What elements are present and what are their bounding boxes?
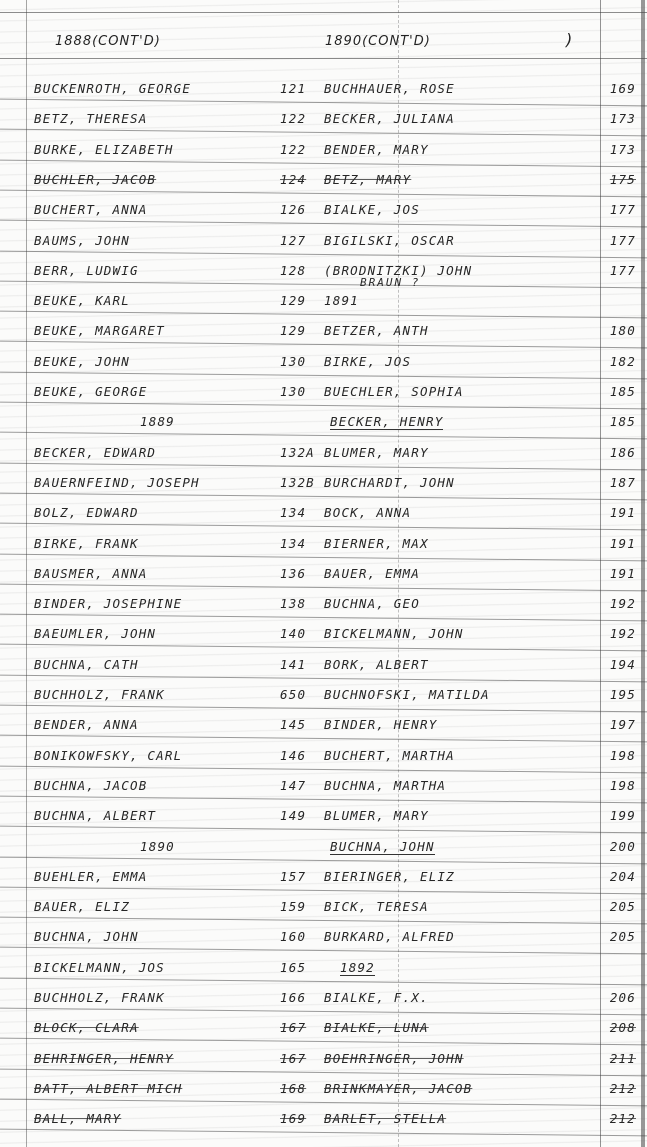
page-number: 182 <box>596 354 636 369</box>
ledger-row: BURKE, ELIZABETH122BENDER, MARY173 <box>0 136 647 166</box>
entry-name-left: BECKER, EDWARD <box>34 445 156 460</box>
page-number: 169 <box>596 81 636 96</box>
entry-name-right: BLUMER, MARY <box>324 808 429 823</box>
entry-name-left: BICKELMANN, JOS <box>34 960 165 975</box>
page-number: 175 <box>596 172 636 187</box>
ruled-line <box>0 58 647 59</box>
ledger-row: BETZ, THERESA122BECKER, JULIANA173 <box>0 105 647 135</box>
entry-number: 140 <box>280 626 306 641</box>
entry-name-left: BINDER, JOSEPHINE <box>34 596 182 611</box>
entry-number: 128 <box>280 263 306 278</box>
entry-number: 167 <box>280 1020 306 1035</box>
entry-name-right: BIALKE, JOS <box>324 202 420 217</box>
page-number: 198 <box>596 748 636 763</box>
ledger-page: 1888(CONT'D) 1890(CONT'D) ) BUCKENROTH, … <box>0 0 647 1147</box>
ledger-row: BENDER, ANNA145BINDER, HENRY197 <box>0 711 647 741</box>
entry-name-right: BRINKMAYER, JACOB <box>324 1081 472 1096</box>
ledger-row: BAUERNFEIND, JOSEPH132BBURCHARDT, JOHN18… <box>0 469 647 499</box>
entry-name-right: BIERNER, MAX <box>324 536 429 551</box>
entry-number: 129 <box>280 293 306 308</box>
year-marker: 1892 <box>340 960 375 976</box>
ledger-row: BAUSMER, ANNA136BAUER, EMMA191 <box>0 560 647 590</box>
entry-number: 146 <box>280 748 306 763</box>
entry-number: 122 <box>280 111 306 126</box>
ledger-row: BUEHLER, EMMA157BIERINGER, ELIZ204 <box>0 863 647 893</box>
entry-number: 145 <box>280 717 306 732</box>
entry-name-left: BUCHHOLZ, FRANK <box>34 687 165 702</box>
entry-name-left: BUCHNA, ALBERT <box>34 808 156 823</box>
year-marker: 1889 <box>140 414 175 429</box>
ledger-row: 1889BECKER, HENRY185 <box>0 408 647 438</box>
entry-number: 160 <box>280 929 306 944</box>
ledger-row: BEUKE, KARL1291891 <box>0 287 647 317</box>
entry-number: 126 <box>280 202 306 217</box>
entry-name-left: BEUKE, GEORGE <box>34 384 147 399</box>
entry-name-left: BAUMS, JOHN <box>34 233 130 248</box>
entry-name-left: BAUER, ELIZ <box>34 899 130 914</box>
entry-number: 165 <box>280 960 306 975</box>
entry-name-left: BAUSMER, ANNA <box>34 566 147 581</box>
entry-name-left: BOLZ, EDWARD <box>34 505 139 520</box>
ledger-row: BUCHLER, JACOB124BETZ, MARY175 <box>0 166 647 196</box>
ledger-row: BICKELMANN, JOS1651892 <box>0 954 647 984</box>
entry-name-right: BUCHNA, MARTHA <box>324 778 446 793</box>
entry-number: 127 <box>280 233 306 248</box>
page-number: 198 <box>596 778 636 793</box>
page-number: 195 <box>596 687 636 702</box>
ledger-row: BALL, MARY169BARLET, STELLA212 <box>0 1105 647 1135</box>
entry-number: 129 <box>280 323 306 338</box>
entry-name-right: BARLET, STELLA <box>324 1111 446 1126</box>
entry-name-left: BURKE, ELIZABETH <box>34 142 174 157</box>
page-number: 208 <box>596 1020 636 1035</box>
entry-name-left: BUCHLER, JACOB <box>34 172 156 187</box>
page-number: 180 <box>596 323 636 338</box>
entry-name-right: BECKER, JULIANA <box>324 111 455 126</box>
entry-name-left: BLOCK, CLARA <box>34 1020 139 1035</box>
right-header-mark: ) <box>566 30 573 49</box>
ruled-line <box>0 12 647 13</box>
left-column-header: 1888(CONT'D) <box>55 34 161 49</box>
entry-number: 130 <box>280 354 306 369</box>
ledger-row: BUCHNA, CATH141BORK, ALBERT194 <box>0 651 647 681</box>
page-number: 173 <box>596 111 636 126</box>
ledger-row: BOLZ, EDWARD134BOCK, ANNA191 <box>0 499 647 529</box>
entry-name-right: BIERINGER, ELIZ <box>324 869 455 884</box>
entry-name-left: BETZ, THERESA <box>34 111 147 126</box>
entry-number: 159 <box>280 899 306 914</box>
page-number: 206 <box>596 990 636 1005</box>
entry-name-left: BUEHLER, EMMA <box>34 869 147 884</box>
ledger-row: BATT, ALBERT MICH168BRINKMAYER, JACOB212 <box>0 1075 647 1105</box>
ledger-row: BAUER, ELIZ159BICK, TERESA205 <box>0 893 647 923</box>
entry-number: 134 <box>280 505 306 520</box>
entry-number: 122 <box>280 142 306 157</box>
page-number: 204 <box>596 869 636 884</box>
entry-name-right: BENDER, MARY <box>324 142 429 157</box>
ledger-row: BUCHNA, JOHN160BURKARD, ALFRED205 <box>0 923 647 953</box>
ledger-row: BEUKE, JOHN130BIRKE, JOS182 <box>0 348 647 378</box>
entry-name-right: BETZ, MARY <box>324 172 411 187</box>
page-number: 191 <box>596 505 636 520</box>
year-marker: 1890 <box>140 839 175 854</box>
page-number: 187 <box>596 475 636 490</box>
entry-name-right: BUCHNOFSKI, MATILDA <box>324 687 490 702</box>
entry-number: 157 <box>280 869 306 884</box>
page-number: 197 <box>596 717 636 732</box>
page-number: 177 <box>596 202 636 217</box>
page-number: 192 <box>596 626 636 641</box>
ledger-row: BERR, LUDWIG128(BRODNITZKI) JOHNBRAUN ?1… <box>0 257 647 287</box>
entry-name-left: BALL, MARY <box>34 1111 121 1126</box>
entry-name-left: BEUKE, MARGARET <box>34 323 165 338</box>
entry-number: 138 <box>280 596 306 611</box>
entry-name-left: BEUKE, KARL <box>34 293 130 308</box>
entry-number: 132A <box>280 445 315 460</box>
entry-name-right: BIALKE, LUNA <box>324 1020 429 1035</box>
ledger-row: BUCHNA, ALBERT149BLUMER, MARY199 <box>0 802 647 832</box>
page-number: 186 <box>596 445 636 460</box>
entry-number: 167 <box>280 1051 306 1066</box>
page-number: 194 <box>596 657 636 672</box>
page-number: 185 <box>596 414 636 429</box>
entry-name-left: BUCHNA, JACOB <box>34 778 147 793</box>
entry-number: 121 <box>280 81 306 96</box>
entry-name-right: BURKARD, ALFRED <box>324 929 455 944</box>
page-number: 185 <box>596 384 636 399</box>
ledger-row: BECKER, EDWARD132ABLUMER, MARY186 <box>0 439 647 469</box>
page-number: 212 <box>596 1081 636 1096</box>
entry-name-left: BUCKENROTH, GEORGE <box>34 81 191 96</box>
page-number: 192 <box>596 596 636 611</box>
entry-number: 149 <box>280 808 306 823</box>
page-number: 211 <box>596 1051 636 1066</box>
ledger-row: BUCKENROTH, GEORGE121BUCHHAUER, ROSE169 <box>0 75 647 105</box>
entry-number: 650 <box>280 687 306 702</box>
ledger-row: BIRKE, FRANK134BIERNER, MAX191 <box>0 530 647 560</box>
entry-name-right: BUCHNA, JOHN <box>330 839 435 855</box>
ledger-row: BLOCK, CLARA167BIALKE, LUNA208 <box>0 1014 647 1044</box>
entry-name-right: BUECHLER, SOPHIA <box>324 384 464 399</box>
page-number: 173 <box>596 142 636 157</box>
entry-name-right: BORK, ALBERT <box>324 657 429 672</box>
page-number: 212 <box>596 1111 636 1126</box>
entry-name-right: BECKER, HENRY <box>330 414 443 430</box>
ledger-row: 1890BUCHNA, JOHN200 <box>0 833 647 863</box>
page-number: 205 <box>596 929 636 944</box>
entry-number: 124 <box>280 172 306 187</box>
entry-name-right: BETZER, ANTH <box>324 323 429 338</box>
ledger-row: BUCHERT, ANNA126BIALKE, JOS177 <box>0 196 647 226</box>
ledger-row: BUCHNA, JACOB147BUCHNA, MARTHA198 <box>0 772 647 802</box>
entry-name-left: BAEUMLER, JOHN <box>34 626 156 641</box>
entry-number: 166 <box>280 990 306 1005</box>
entry-number: 168 <box>280 1081 306 1096</box>
entry-name-right: BICK, TERESA <box>324 899 429 914</box>
entry-name-right: BUCHERT, MARTHA <box>324 748 455 763</box>
entry-name-right: BIGILSKI, OSCAR <box>324 233 455 248</box>
entry-name-right: BOEHRINGER, JOHN <box>324 1051 464 1066</box>
page-number: 200 <box>596 839 636 854</box>
page-number: 191 <box>596 536 636 551</box>
ledger-row: BONIKOWFSKY, CARL146BUCHERT, MARTHA198 <box>0 742 647 772</box>
entry-name-right: BINDER, HENRY <box>324 717 437 732</box>
entry-name-left: BIRKE, FRANK <box>34 536 139 551</box>
entry-number: 130 <box>280 384 306 399</box>
entry-name-left: BONIKOWFSKY, CARL <box>34 748 182 763</box>
page-number: 205 <box>596 899 636 914</box>
entry-name-left: BUCHNA, JOHN <box>34 929 139 944</box>
entry-name-right: BIRKE, JOS <box>324 354 411 369</box>
ruled-line <box>0 1129 647 1137</box>
entry-name-left: BUCHERT, ANNA <box>34 202 147 217</box>
entry-name-left: BEHRINGER, HENRY <box>34 1051 174 1066</box>
entry-number: 134 <box>280 536 306 551</box>
ledger-row: BINDER, JOSEPHINE138BUCHNA, GEO192 <box>0 590 647 620</box>
entry-name-left: BENDER, ANNA <box>34 717 139 732</box>
entry-name-left: BATT, ALBERT MICH <box>34 1081 182 1096</box>
entry-name-left: BEUKE, JOHN <box>34 354 130 369</box>
entry-number: 169 <box>280 1111 306 1126</box>
ledger-row: BUCHHOLZ, FRANK166BIALKE, F.X.206 <box>0 984 647 1014</box>
entry-name-right: BLUMER, MARY <box>324 445 429 460</box>
entry-name-right: 1891 <box>324 293 359 308</box>
entry-name-left: BUCHNA, CATH <box>34 657 139 672</box>
ledger-row: BAEUMLER, JOHN140BICKELMANN, JOHN192 <box>0 620 647 650</box>
entry-name-right: BAUER, EMMA <box>324 566 420 581</box>
entry-name-left: BAUERNFEIND, JOSEPH <box>34 475 200 490</box>
entry-number: 147 <box>280 778 306 793</box>
entry-number: 136 <box>280 566 306 581</box>
entry-number: 132B <box>280 475 315 490</box>
ledger-row: BEUKE, MARGARET129BETZER, ANTH180 <box>0 317 647 347</box>
entry-name-left: BERR, LUDWIG <box>34 263 139 278</box>
entry-name-right: BICKELMANN, JOHN <box>324 626 464 641</box>
ledger-row: BAUMS, JOHN127BIGILSKI, OSCAR177 <box>0 227 647 257</box>
page-number: 177 <box>596 263 636 278</box>
entry-name-right: BUCHHAUER, ROSE <box>324 81 455 96</box>
entry-number: 141 <box>280 657 306 672</box>
entry-name-left: BUCHHOLZ, FRANK <box>34 990 165 1005</box>
page-number: 191 <box>596 566 636 581</box>
ledger-row: BUCHHOLZ, FRANK650BUCHNOFSKI, MATILDA195 <box>0 681 647 711</box>
entry-name-right: BUCHNA, GEO <box>324 596 420 611</box>
entry-name-right: BURCHARDT, JOHN <box>324 475 455 490</box>
entry-name-right: BIALKE, F.X. <box>324 990 429 1005</box>
ledger-row: BEUKE, GEORGE130BUECHLER, SOPHIA185 <box>0 378 647 408</box>
page-number: 199 <box>596 808 636 823</box>
page-number: 177 <box>596 233 636 248</box>
middle-column-header: 1890(CONT'D) <box>325 34 431 49</box>
entry-name-right: BOCK, ANNA <box>324 505 411 520</box>
ledger-row: BEHRINGER, HENRY167BOEHRINGER, JOHN211 <box>0 1045 647 1075</box>
